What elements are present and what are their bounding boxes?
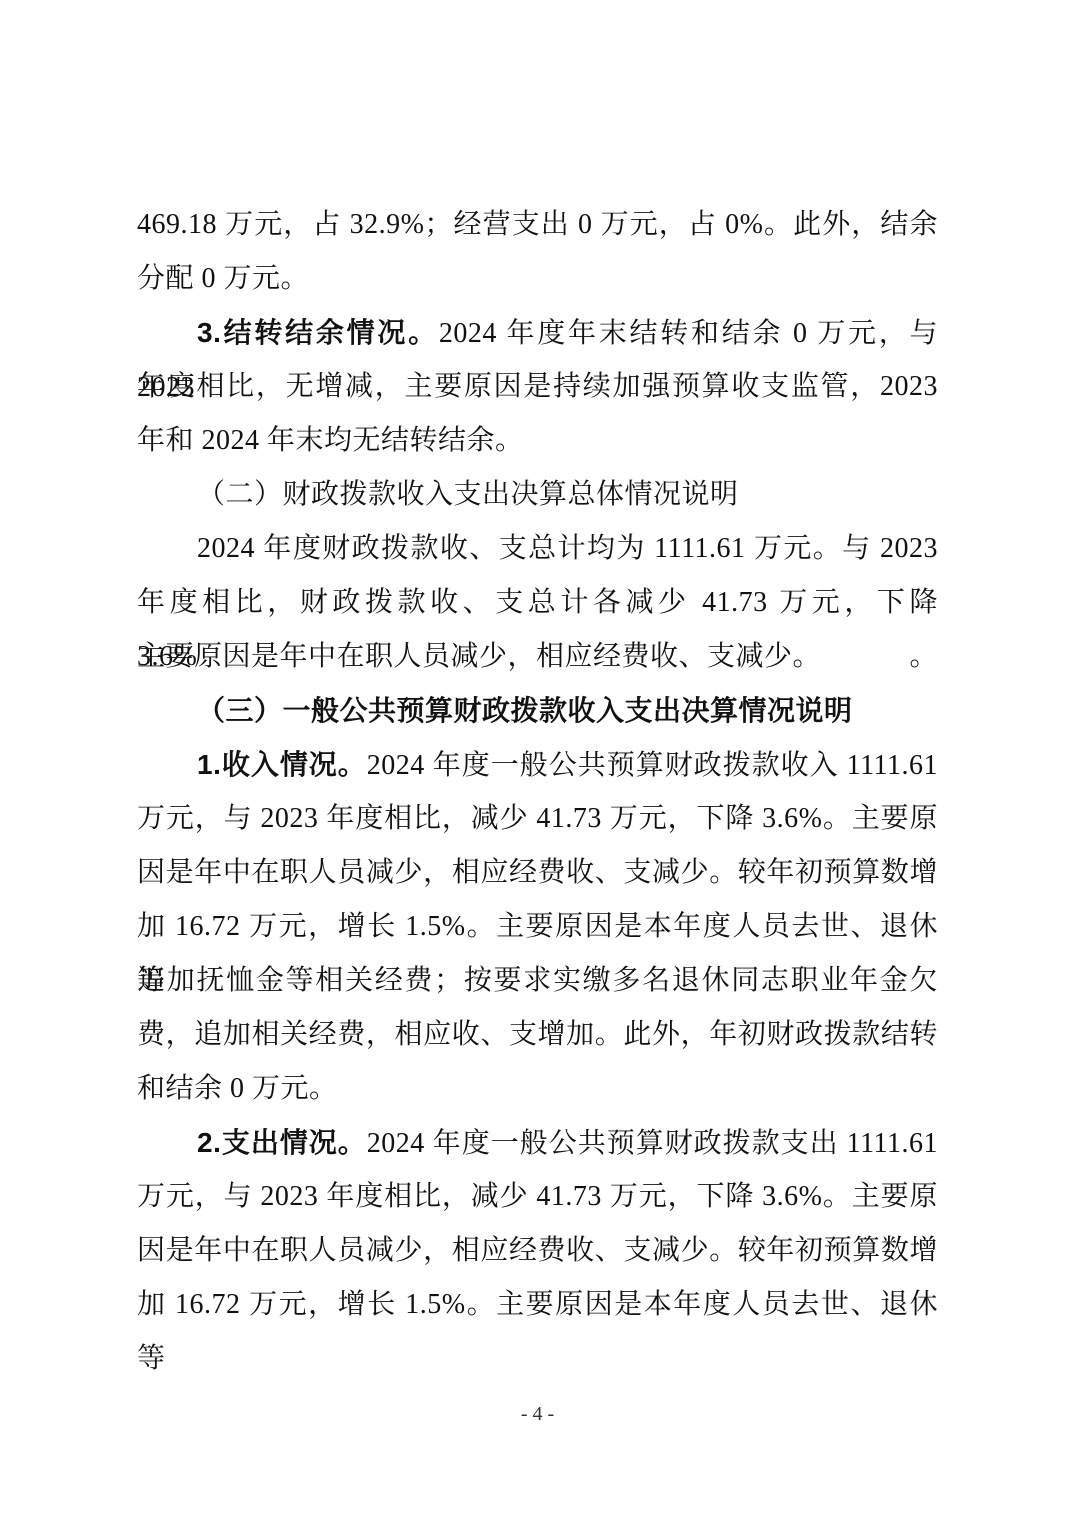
text-line-10: （三）一般公共预算财政拨款收入支出决算情况说明 (137, 684, 938, 738)
bold-run: 2.支出情况。 (197, 1127, 367, 1158)
text-line-13: 因是年中在职人员减少，相应经费收、支减少。较年初预算数增 (137, 846, 938, 900)
text-line-11: 1.收入情况。2024 年度一般公共预算财政拨款收入 1111.61 (137, 738, 938, 792)
text-line-21: 加 16.72 万元，增长 1.5%。主要原因是本年度人员去世、退休等 (137, 1278, 938, 1332)
text-run: 因是年中在职人员减少，相应经费收、支减少。较年初预算数增 (137, 857, 938, 888)
text-line-6: （二）财政拨款收入支出决算总体情况说明 (137, 468, 938, 522)
text-run: 费，追加相关经费，相应收、支增加。此外，年初财政拨款结转 (137, 1019, 938, 1050)
text-line-1: 469.18 万元，占 32.9%；经营支出 0 万元，占 0%。此外，结余 (137, 198, 938, 252)
text-line-18: 2.支出情况。2024 年度一般公共预算财政拨款支出 1111.61 (137, 1116, 938, 1170)
text-run: 年和 2024 年末均无结转结余。 (137, 425, 524, 456)
text-run: 469.18 万元，占 32.9%；经营支出 0 万元，占 0%。此外，结余 (137, 209, 938, 240)
text-run: 万元，与 2023 年度相比，减少 41.73 万元，下降 3.6%。主要原 (137, 803, 938, 834)
text-line-14: 加 16.72 万元，增长 1.5%。主要原因是本年度人员去世、退休等 (137, 900, 938, 954)
text-run: 2024 年度一般公共预算财政拨款收入 1111.61 (367, 750, 938, 781)
text-run: 加 16.72 万元，增长 1.5%。主要原因是本年度人员去世、退休等 (137, 1289, 938, 1374)
text-run: 年度相比，无增减，主要原因是持续加强预算收支监管，2023 (137, 371, 938, 402)
text-line-7: 2024 年度财政拨款收、支总计均为 1111.61 万元。与 2023 (137, 522, 938, 576)
text-line-5: 年和 2024 年末均无结转结余。 (137, 414, 938, 468)
text-line-3: 3.结转结余情况。2024 年度年末结转和结余 0 万元，与 2023 (137, 306, 938, 360)
text-line-15: 追加抚恤金等相关经费；按要求实缴多名退休同志职业年金欠 (137, 954, 938, 1008)
document-body: 469.18 万元，占 32.9%；经营支出 0 万元，占 0%。此外，结余分配… (137, 198, 938, 1332)
text-line-4: 年度相比，无增减，主要原因是持续加强预算收支监管，2023 (137, 360, 938, 414)
text-run: 和结余 0 万元。 (137, 1073, 338, 1104)
text-line-16: 费，追加相关经费，相应收、支增加。此外，年初财政拨款结转 (137, 1008, 938, 1062)
bold-run: （三）一般公共预算财政拨款收入支出决算情况说明 (197, 695, 853, 726)
text-run: 2024 年度财政拨款收、支总计均为 1111.61 万元。与 2023 (197, 533, 938, 564)
text-line-8: 年度相比，财政拨款收、支总计各减少 41.73 万元，下降 3.6%。 (137, 576, 938, 630)
text-run: （二）财政拨款收入支出决算总体情况说明 (197, 479, 739, 510)
text-run: 追加抚恤金等相关经费；按要求实缴多名退休同志职业年金欠 (137, 965, 938, 996)
page-number: - 4 - (0, 1403, 1075, 1426)
document-page: 469.18 万元，占 32.9%；经营支出 0 万元，占 0%。此外，结余分配… (0, 0, 1075, 1520)
text-line-9: 主要原因是年中在职人员减少，相应经费收、支减少。 (137, 630, 938, 684)
text-line-2: 分配 0 万元。 (137, 252, 938, 306)
text-line-20: 因是年中在职人员减少，相应经费收、支减少。较年初预算数增 (137, 1224, 938, 1278)
bold-run: 1.收入情况。 (197, 749, 367, 780)
text-run: 分配 0 万元。 (137, 263, 309, 294)
text-line-12: 万元，与 2023 年度相比，减少 41.73 万元，下降 3.6%。主要原 (137, 792, 938, 846)
text-run: 因是年中在职人员减少，相应经费收、支减少。较年初预算数增 (137, 1235, 938, 1266)
bold-run: 3.结转结余情况。 (197, 317, 439, 348)
text-run: 万元，与 2023 年度相比，减少 41.73 万元，下降 3.6%。主要原 (137, 1181, 938, 1212)
text-line-17: 和结余 0 万元。 (137, 1062, 938, 1116)
text-line-19: 万元，与 2023 年度相比，减少 41.73 万元，下降 3.6%。主要原 (137, 1170, 938, 1224)
text-run: 2024 年度一般公共预算财政拨款支出 1111.61 (367, 1128, 938, 1159)
text-run: 主要原因是年中在职人员减少，相应经费收、支减少。 (137, 641, 821, 672)
